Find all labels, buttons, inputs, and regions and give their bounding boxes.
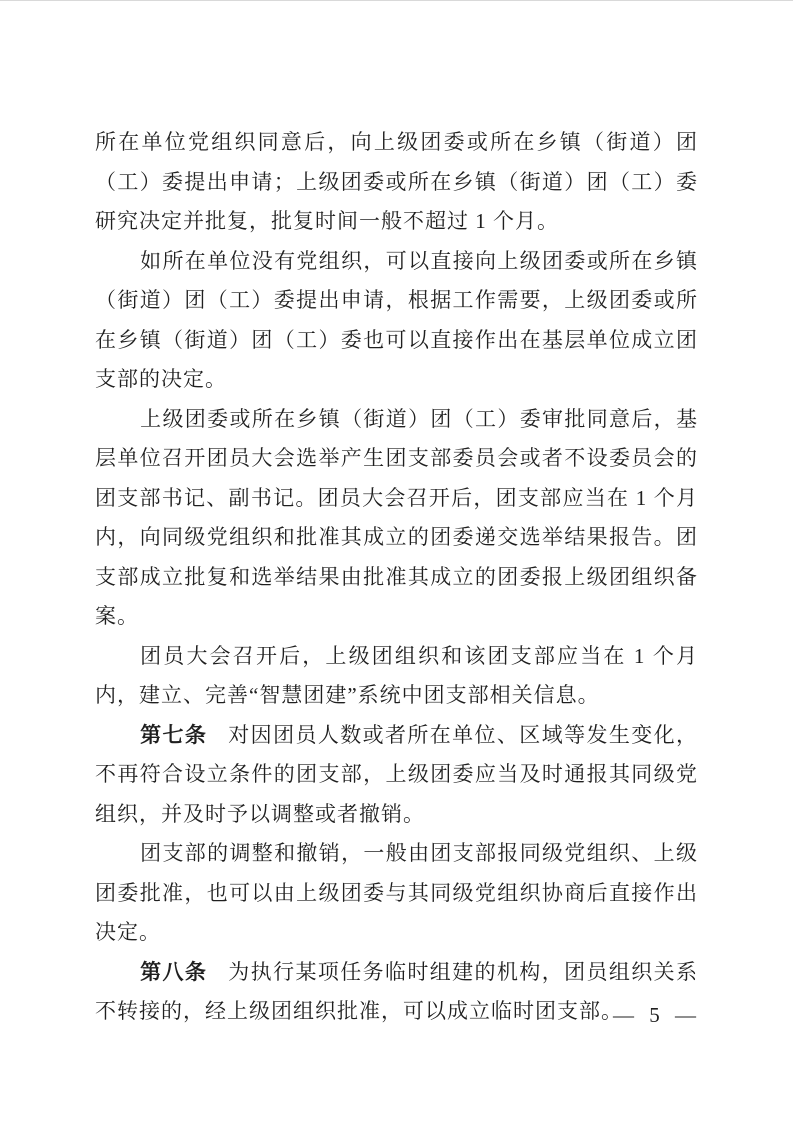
paragraph-text: 团员大会召开后，上级团组织和该团支部应当在 1 个月内，建立、完善“智慧团建”系…: [95, 644, 698, 708]
paragraph-text: 团支部的调整和撤销，一般由团支部报同级党组织、上级团委批准，也可以由上级团委与其…: [95, 841, 698, 944]
paragraph: 所在单位党组织同意后，向上级团委或所在乡镇（街道）团（工）委提出申请；上级团委或…: [95, 123, 698, 242]
article-number: 第七条: [140, 724, 207, 747]
paragraph-text: 如所在单位没有党组织，可以直接向上级团委或所在乡镇（街道）团（工）委提出申请，根…: [95, 249, 698, 392]
page-number: — 5 —: [95, 1003, 698, 1028]
paragraph: 如所在单位没有党组织，可以直接向上级团委或所在乡镇（街道）团（工）委提出申请，根…: [95, 242, 698, 400]
document-body: 所在单位党组织同意后，向上级团委或所在乡镇（街道）团（工）委提出申请；上级团委或…: [95, 123, 698, 1032]
article-number: 第八条: [140, 961, 207, 984]
paragraph: 团支部的调整和撤销，一般由团支部报同级党组织、上级团委批准，也可以由上级团委与其…: [95, 834, 698, 953]
paragraph: 团员大会召开后，上级团组织和该团支部应当在 1 个月内，建立、完善“智慧团建”系…: [95, 637, 698, 716]
paragraph-text: 上级团委或所在乡镇（街道）团（工）委审批同意后，基层单位召开团员大会选举产生团支…: [95, 407, 698, 629]
document-page: 所在单位党组织同意后，向上级团委或所在乡镇（街道）团（工）委提出申请；上级团委或…: [0, 0, 793, 1122]
paragraph-text: 所在单位党组织同意后，向上级团委或所在乡镇（街道）团（工）委提出申请；上级团委或…: [95, 130, 698, 233]
paragraph: 上级团委或所在乡镇（街道）团（工）委审批同意后，基层单位召开团员大会选举产生团支…: [95, 400, 698, 637]
scan-edge-line: [0, 0, 793, 1]
paragraph-article-7: 第七条对因团员人数或者所在单位、区域等发生变化，不再符合设立条件的团支部，上级团…: [95, 716, 698, 835]
